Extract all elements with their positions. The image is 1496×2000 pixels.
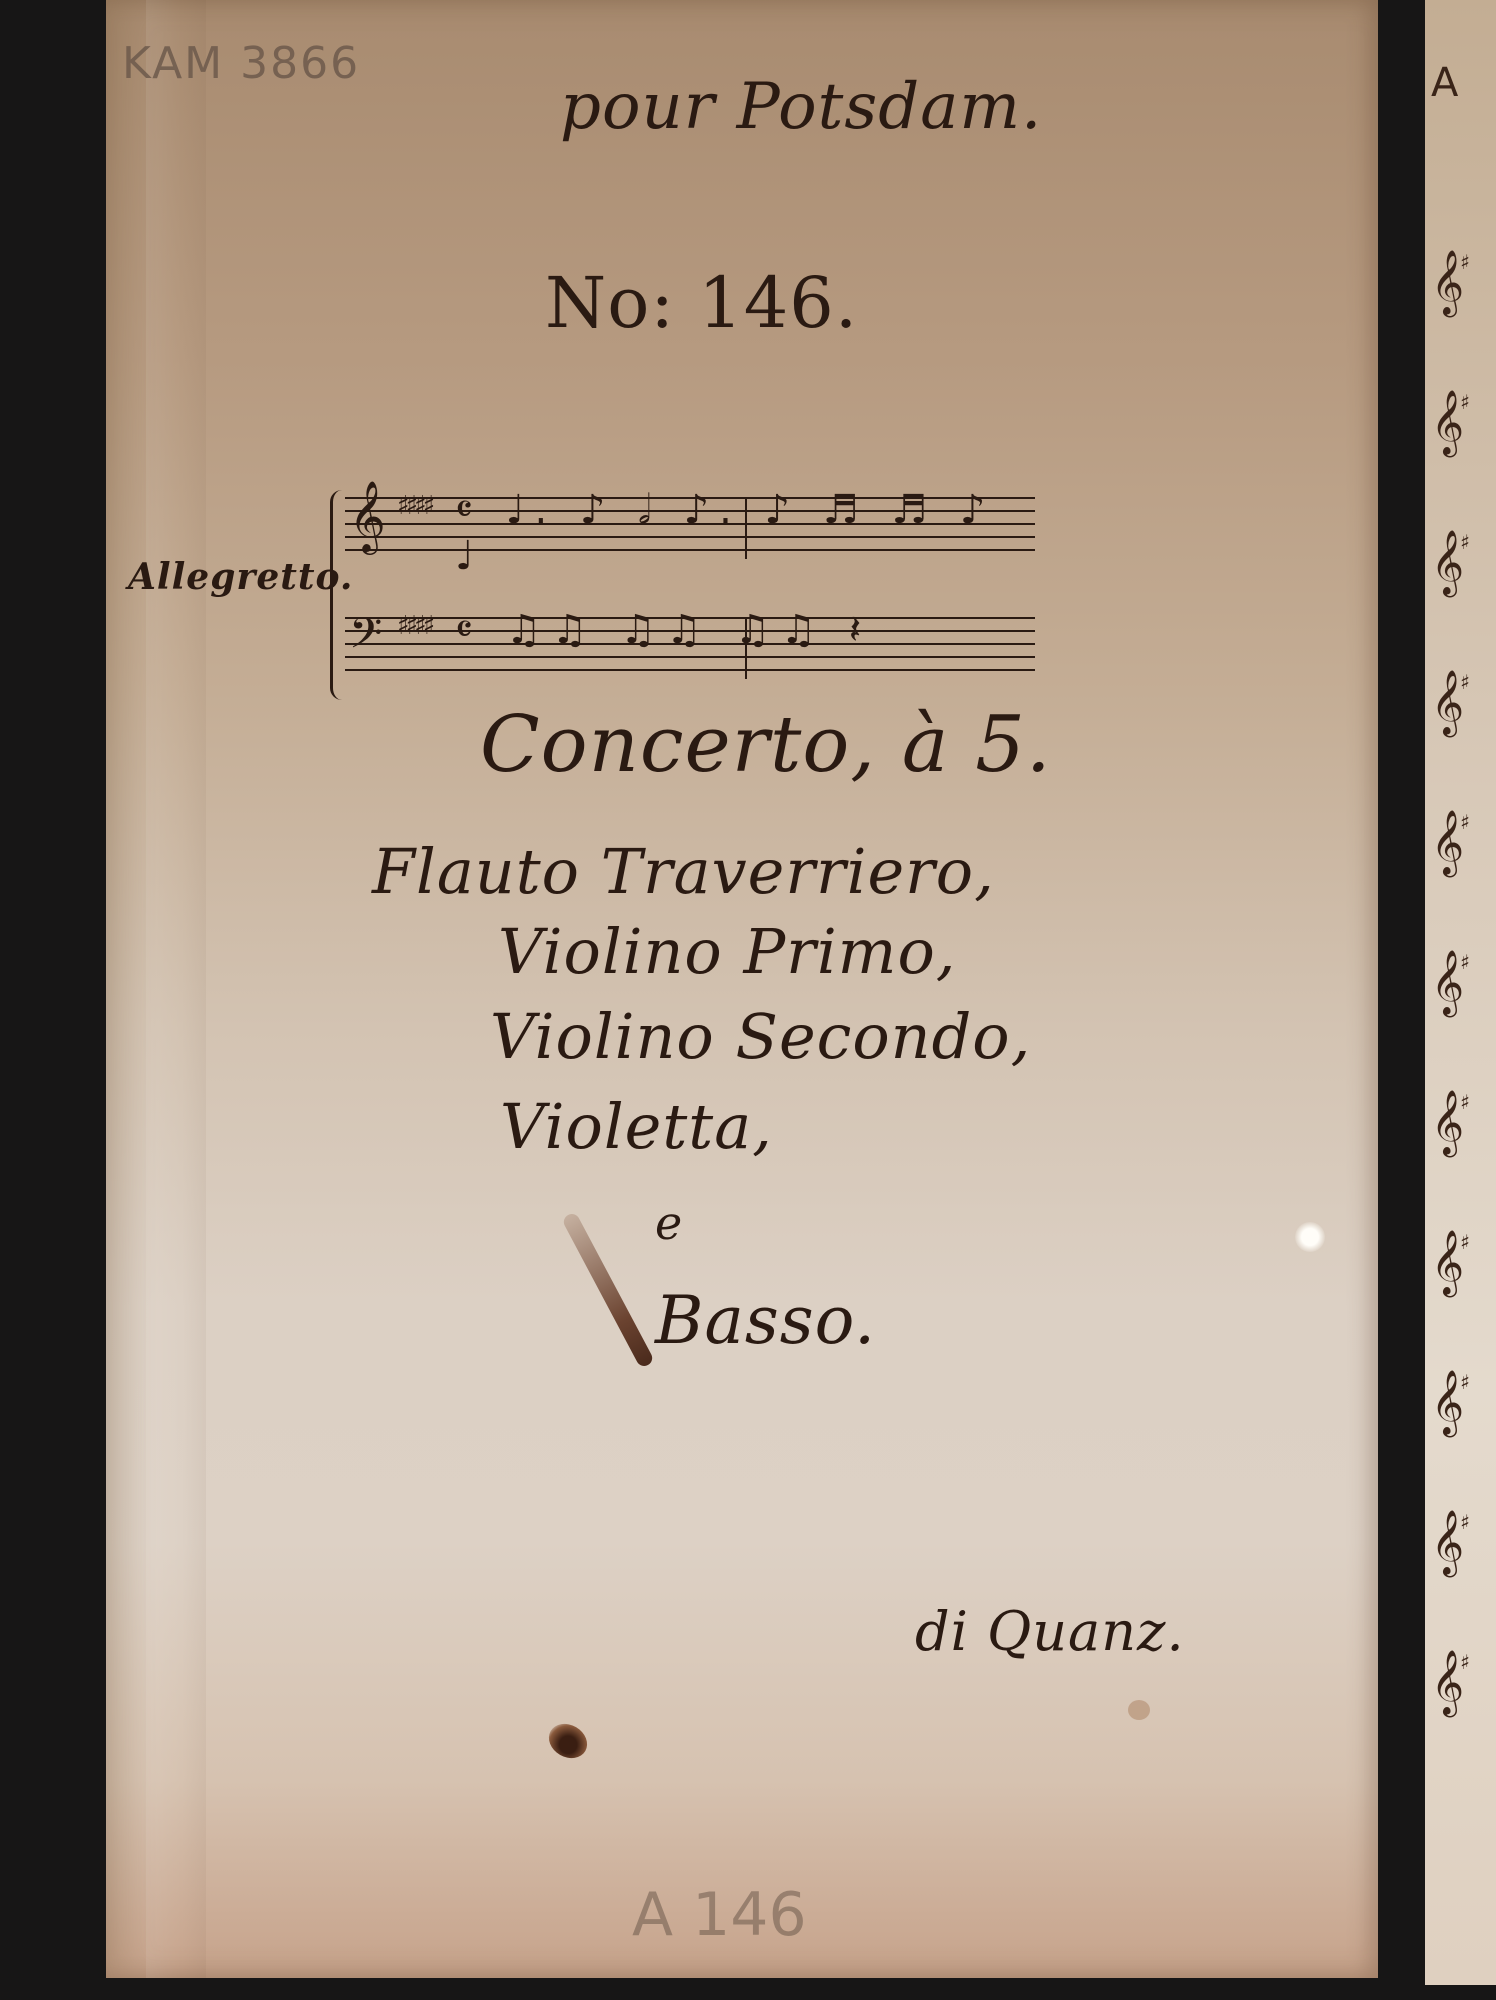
catalog-number: No: 146. [545, 262, 858, 344]
paper-fold [146, 0, 206, 1978]
treble-clef-icon: 𝄞♯ [1431, 1370, 1470, 1436]
instrument-viola: Violetta, [500, 1090, 773, 1163]
treble-clef-icon: 𝄞♯ [1431, 950, 1470, 1016]
key-signature: ♯♯♯♯ [397, 611, 431, 641]
treble-clef-icon: 𝄞♯ [1431, 250, 1470, 316]
treble-clef-icon: 𝄞♯ [1431, 810, 1470, 876]
treble-clef-icon: 𝄞♯ [1431, 1090, 1470, 1156]
adjacent-manuscript-page: A 𝄞♯ 𝄞♯ 𝄞♯ 𝄞♯ 𝄞♯ 𝄞♯ 𝄞♯ 𝄞♯ 𝄞♯ 𝄞♯ 𝄞♯ [1425, 0, 1496, 1985]
title-concerto: Concerto, à 5. [480, 700, 1052, 790]
destination-text: pour Potsdam. [560, 70, 1042, 144]
bass-notes: 𝄴 ♫♫ ♫♫ ♫♫ 𝄽 [455, 607, 871, 653]
treble-clef-icon: 𝄞♯ [1431, 1650, 1470, 1716]
treble-clef-icon: 𝄞♯ [1431, 1510, 1470, 1576]
treble-clef-icon: 𝄞♯ [1431, 670, 1470, 736]
tempo-fragment: A [1431, 60, 1458, 106]
bass-staff: 𝄢 ♯♯♯♯ 𝄴 ♫♫ ♫♫ ♫♫ 𝄽 [345, 617, 1035, 673]
instrument-violin-1: Violino Primo, [498, 915, 956, 988]
treble-clef-icon: 𝄞♯ [1431, 390, 1470, 456]
barline [745, 617, 747, 679]
key-signature: ♯♯♯♯ [397, 491, 431, 521]
instrument-bass: Basso. [655, 1282, 876, 1359]
composer-signature: di Quanz. [915, 1600, 1185, 1663]
treble-staff: 𝄞 ♯♯♯♯ 𝄴 ♩. ♪ 𝅗𝅥 ♪. ♪ ♬ ♬ ♪ ♩ [345, 497, 1035, 553]
bass-clef-icon: 𝄢 [349, 609, 382, 670]
conjunction-e: e [655, 1196, 683, 1250]
light-glare [1295, 1222, 1325, 1252]
instrument-flute: Flauto Traverriero, [372, 835, 995, 908]
treble-clef-icon: 𝄞♯ [1431, 1230, 1470, 1296]
barline [745, 497, 747, 559]
stain-spot [1128, 1700, 1150, 1720]
treble-clef-icon: 𝄞 [349, 479, 386, 553]
shelfmark-pencil: KAM 3866 [122, 38, 360, 89]
treble-clef-icon: 𝄞♯ [1431, 530, 1470, 596]
instrument-violin-2: Violino Secondo, [490, 1000, 1031, 1073]
tempo-marking: Allegretto. [128, 556, 353, 598]
pencil-catalog-number: A 146 [632, 1880, 807, 1950]
